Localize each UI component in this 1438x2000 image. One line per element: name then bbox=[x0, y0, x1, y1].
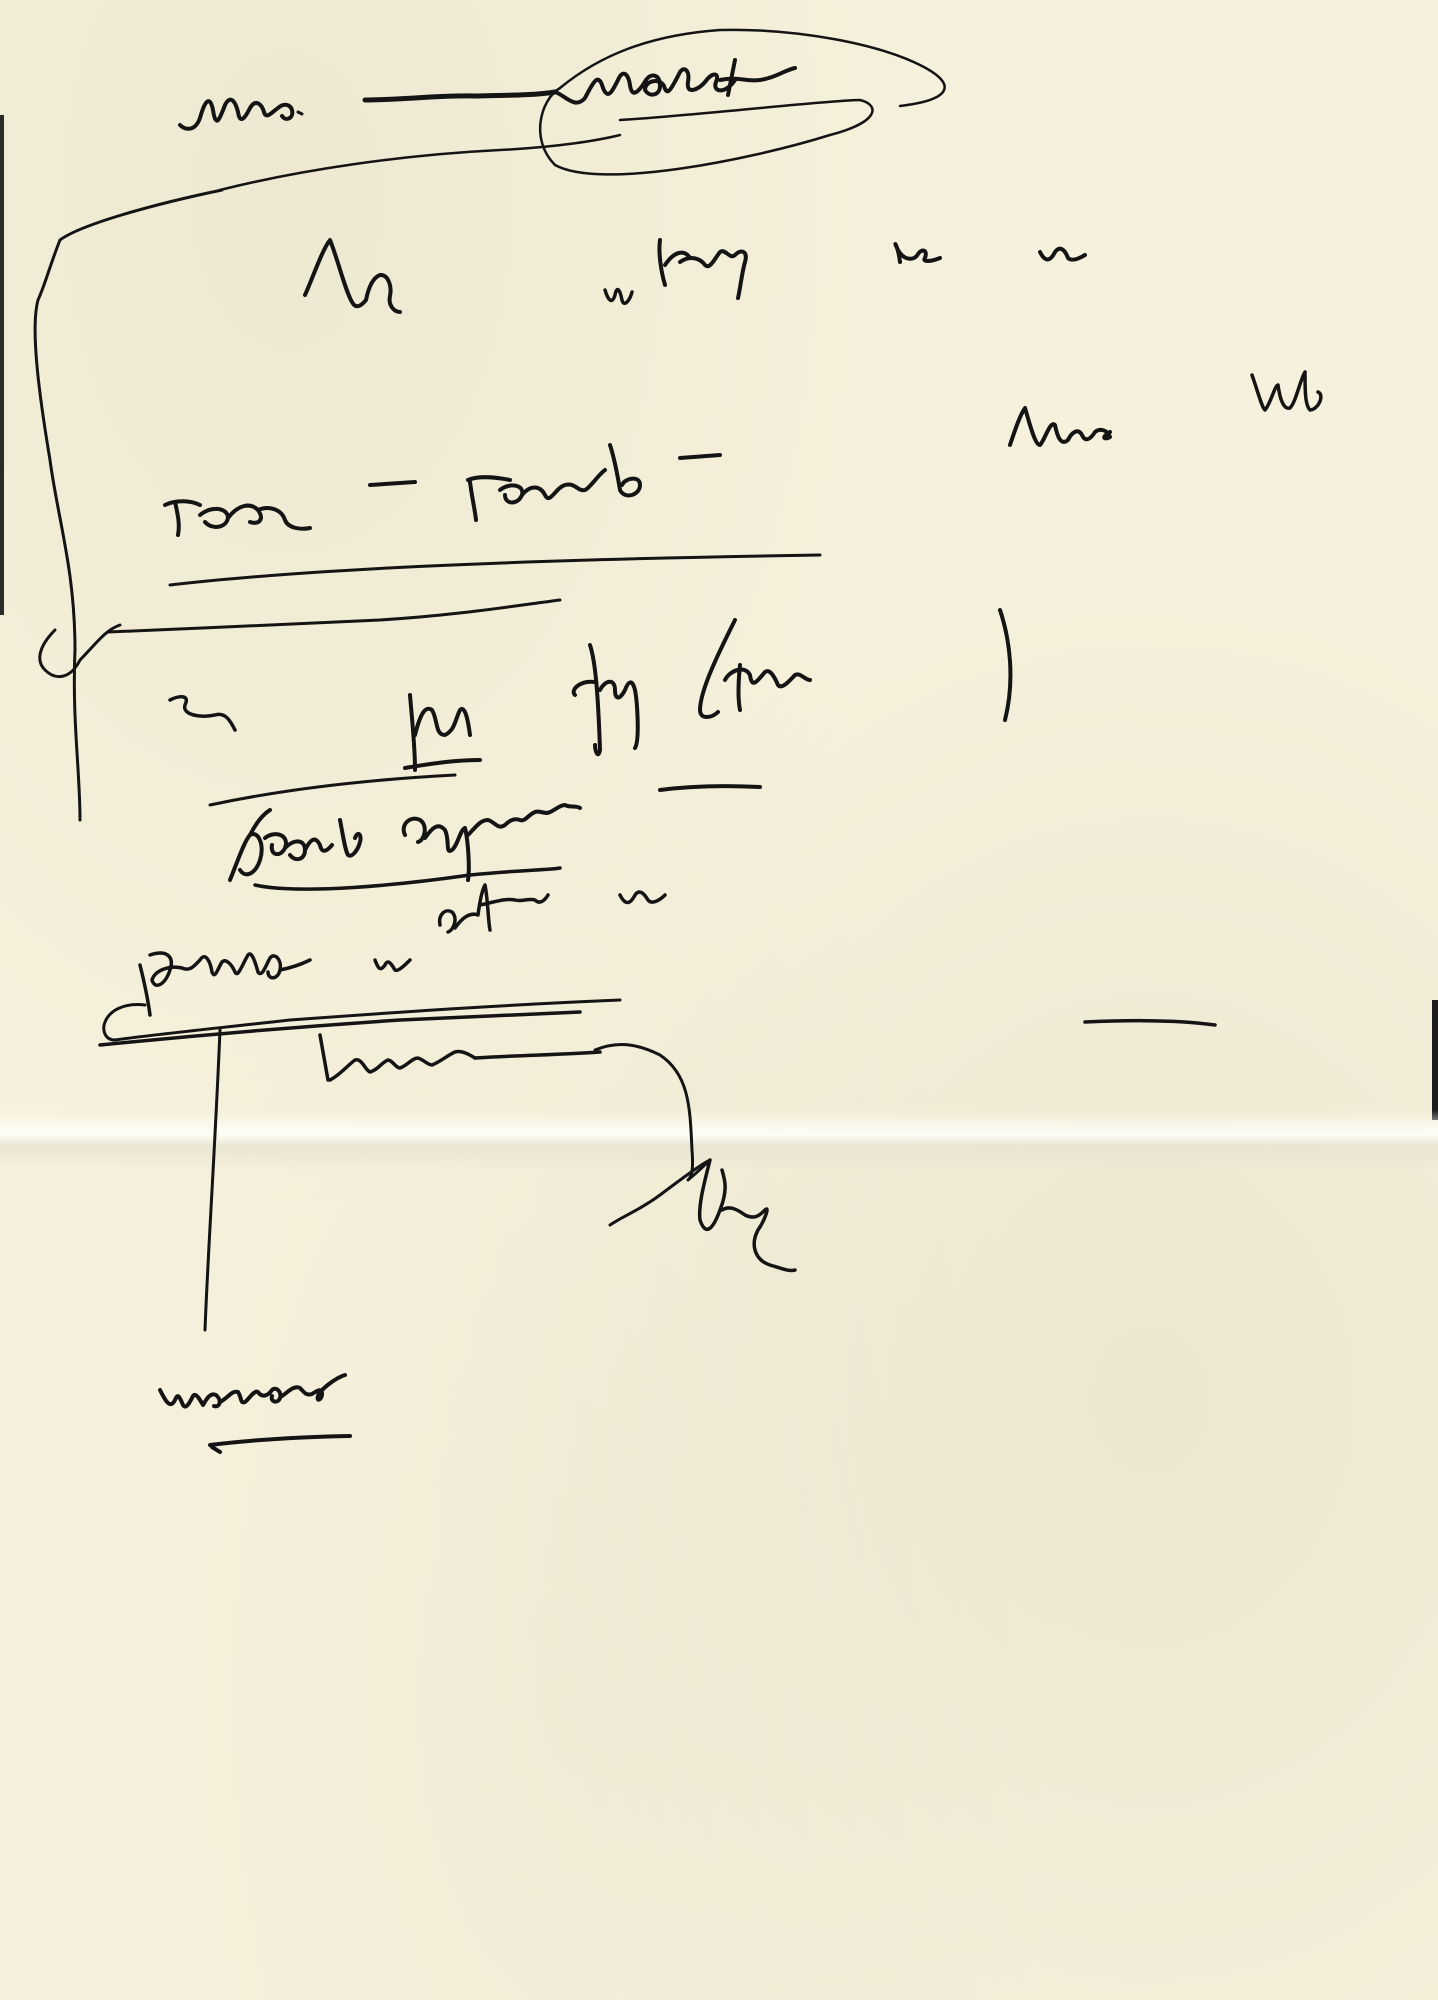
handwriting-line-4 bbox=[170, 610, 1010, 770]
handwriting-line-2 bbox=[305, 240, 1085, 312]
separator-line bbox=[170, 555, 820, 585]
handwriting-ink bbox=[0, 0, 1438, 2000]
handwriting-line-8 bbox=[610, 1160, 795, 1271]
handwriting-line-7 bbox=[100, 1012, 1215, 1180]
handwriting-line-5 bbox=[210, 775, 760, 889]
document-page: Мало — малечка Ла и Кепз де ги Гази — Пе… bbox=[0, 0, 1438, 2000]
handwriting-line-1 bbox=[180, 30, 945, 190]
handwriting-line-6 bbox=[104, 885, 665, 1040]
handwriting-line-9 bbox=[160, 1375, 350, 1452]
handwriting-line-3 bbox=[165, 372, 1321, 535]
left-bracket-arrow bbox=[35, 190, 560, 820]
vertical-guide-line bbox=[205, 1030, 220, 1330]
